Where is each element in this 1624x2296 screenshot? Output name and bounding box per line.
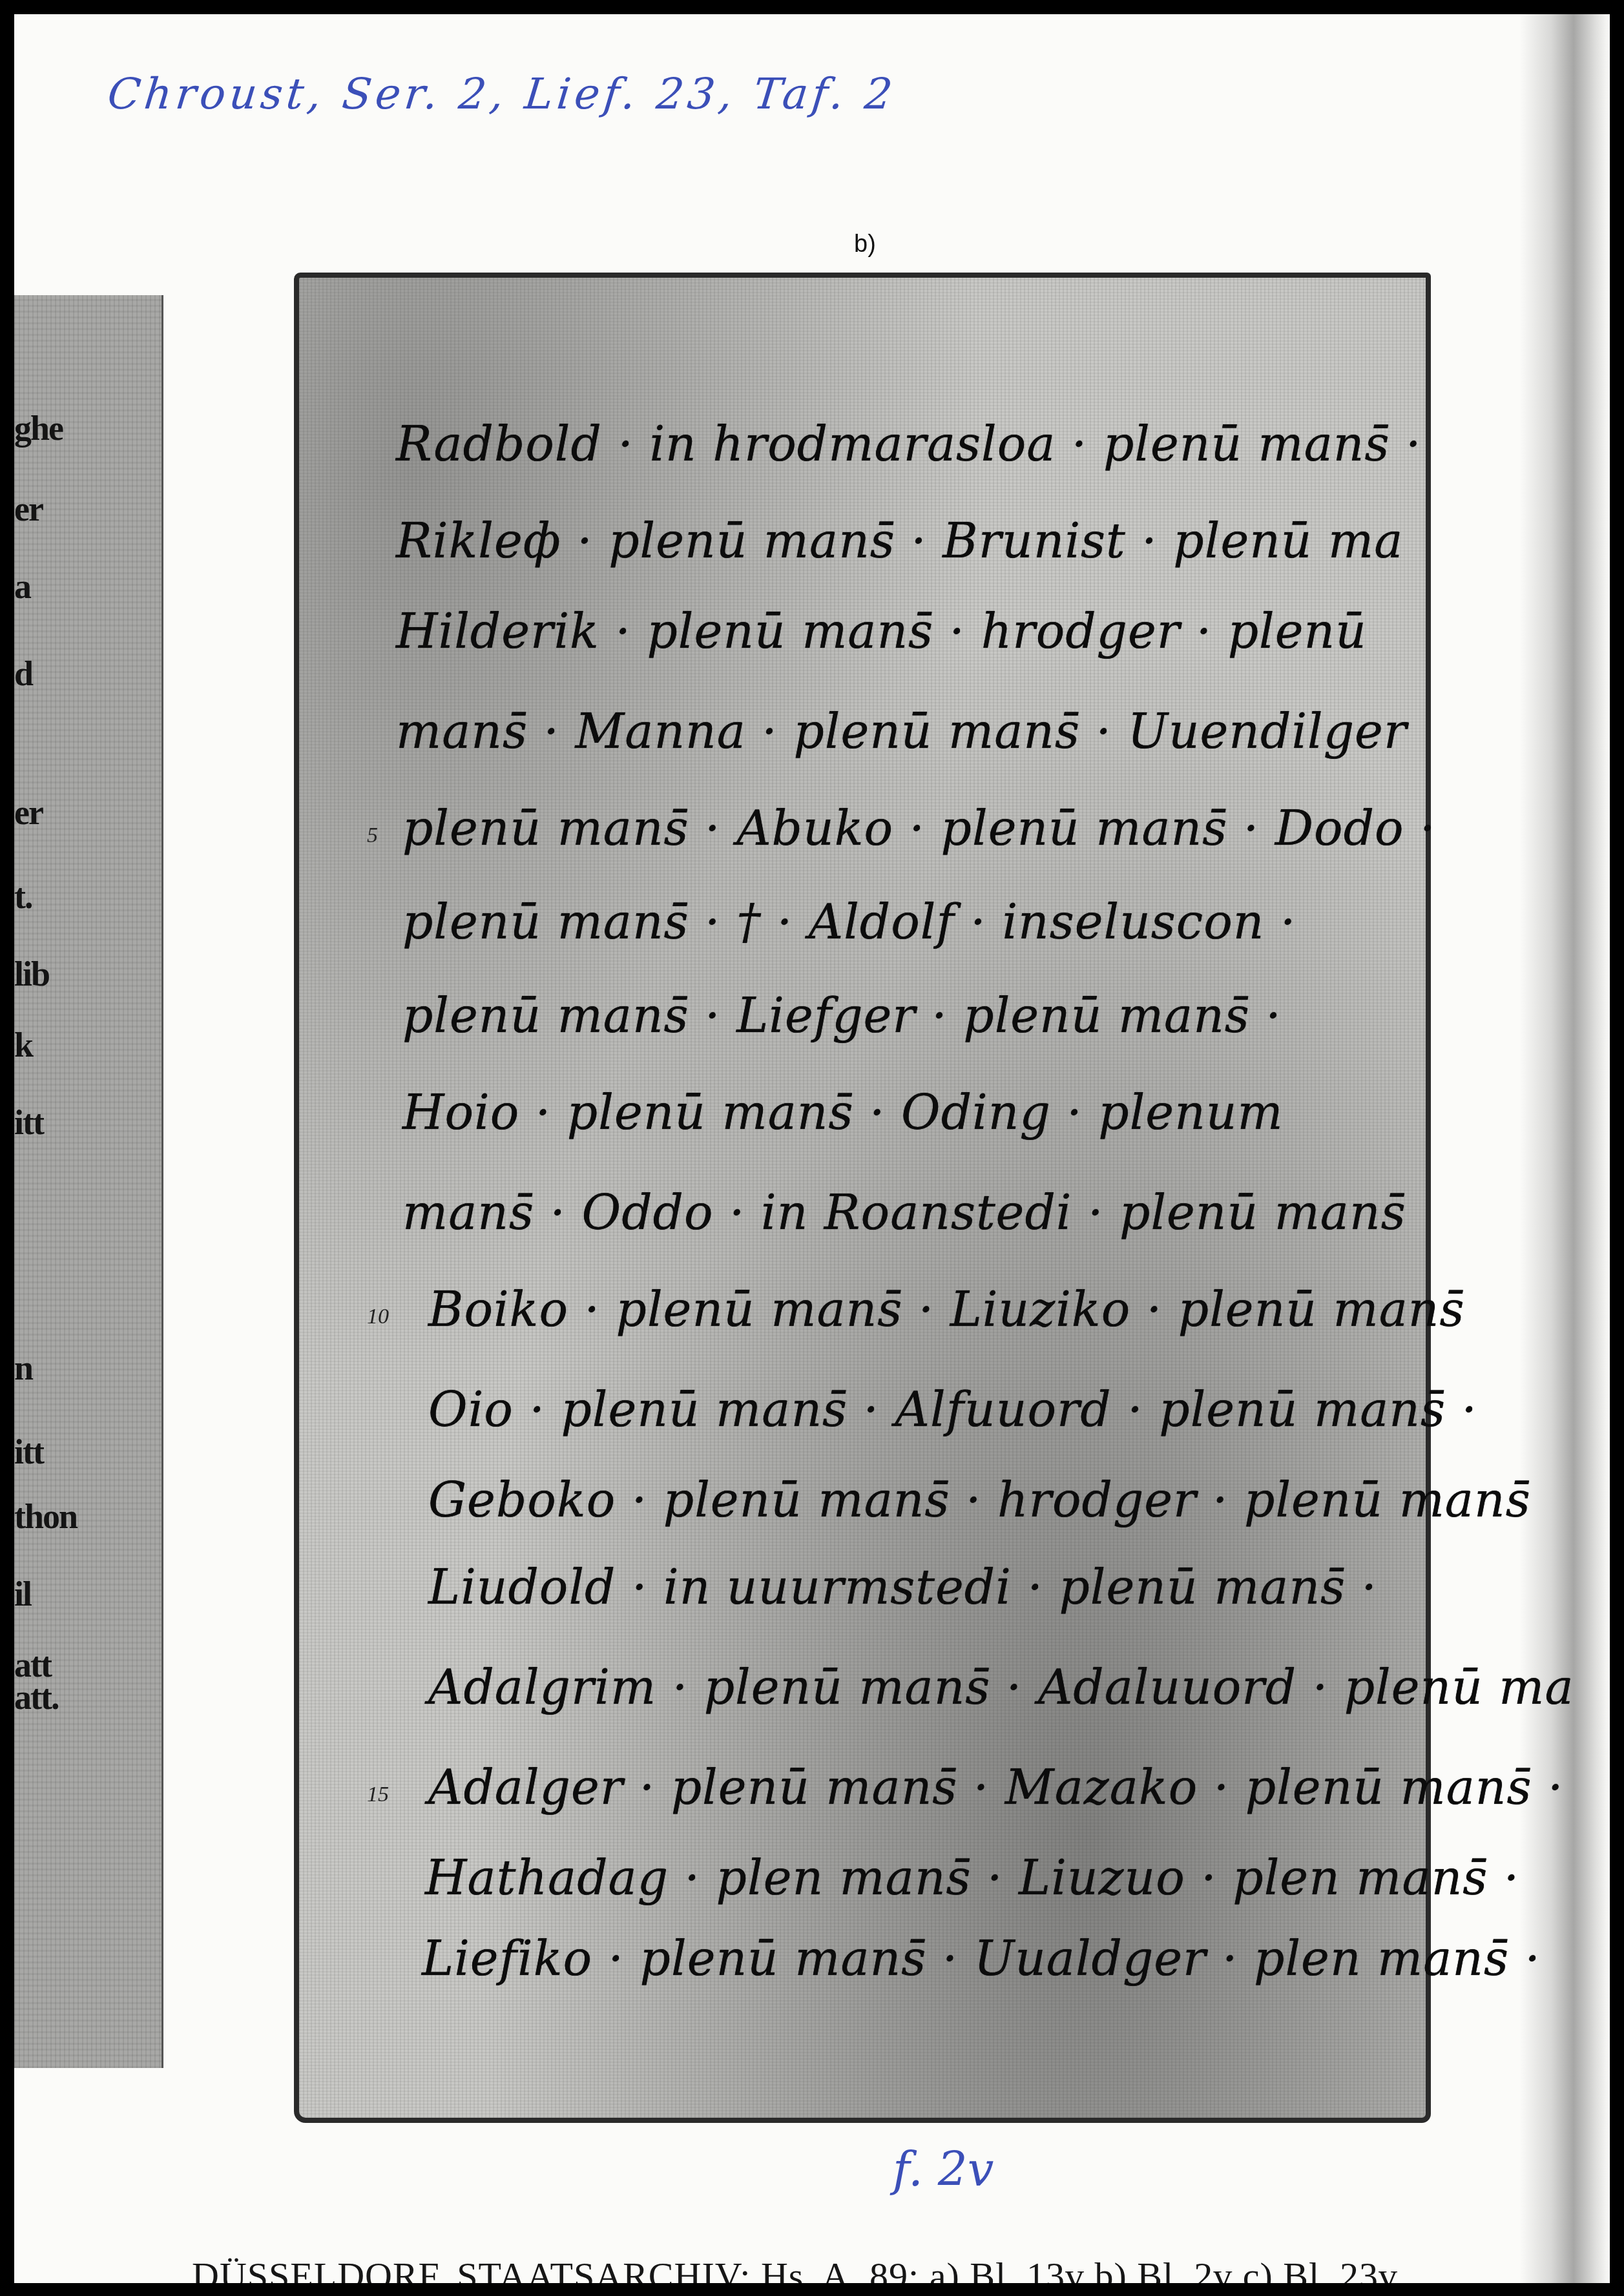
manuscript-line: mans̄ · Oddo · in Roanstedi · plenū mans… [402, 1185, 1406, 1241]
line-number: 10 [367, 1305, 389, 1329]
fragment-line: il [14, 1574, 31, 1614]
manuscript-line: Hoio · plenū mans̄ · Oding · plenum [402, 1085, 1284, 1141]
manuscript-line: Boiko · plenū mans̄ · Liuziko · plenū ma… [428, 1282, 1464, 1338]
fragment-line: er [14, 489, 43, 529]
handwritten-folio-number: f. 2v [893, 2142, 994, 2197]
manuscript-line: Rikleф · plenū mans̄ · Brunist · plenū m… [396, 513, 1403, 569]
fragment-line: n [14, 1348, 32, 1388]
left-manuscript-fragment: ghe er a d er t. lib k itt n itt thon il… [14, 295, 163, 2068]
fragment-line: itt [14, 1102, 43, 1143]
fragment-line: a [14, 566, 30, 606]
manuscript-line: Adalgrim · plenū mans̄ · Adaluuord · ple… [428, 1660, 1574, 1715]
handwritten-reference-note: Chroust, Ser. 2, Lief. 23, Taf. 2 [105, 69, 899, 119]
fragment-line: lib [14, 954, 49, 994]
fragment-line: att. [14, 1677, 58, 1717]
panel-label: b) [854, 231, 876, 258]
fragment-line: ghe [14, 408, 63, 448]
line-number: 15 [367, 1783, 389, 1807]
manuscript-line: plenū mans̄ · Abuko · plenū mans̄ · Dodo… [402, 801, 1436, 856]
fragment-line: d [14, 654, 32, 694]
manuscript-line: Liefiko · plenū mans̄ · Uualdger · plen … [422, 1931, 1541, 1987]
manuscript-line: plenū mans̄ · † · Aldolf · inseluscon · [402, 895, 1296, 950]
fragment-line: er [14, 792, 43, 833]
manuscript-line: Oio · plenū mans̄ · Alfuuord · plenū man… [428, 1382, 1477, 1438]
manuscript-line: mans̄ · Manna · plenū mans̄ · Uuendilger [396, 704, 1407, 760]
fragment-line: itt [14, 1432, 43, 1472]
fragment-line: thon [14, 1496, 77, 1536]
manuscript-line: Liudold · in uuurmstedi · plenū mans̄ · [428, 1560, 1377, 1615]
plate-caption: DÜSSELDORF, STAATSARCHIV: Hs. A. 89; a) … [192, 2254, 1398, 2283]
fragment-line: k [14, 1025, 32, 1065]
fragment-line: t. [14, 876, 32, 916]
manuscript-line: Hathadag · plen mans̄ · Liuzuo · plen ma… [425, 1850, 1519, 1906]
manuscript-line: Radbold · in hrodmarasloa · plenū mans̄ … [396, 417, 1422, 472]
manuscript-leaf: Radbold · in hrodmarasloa · plenū mans̄ … [294, 273, 1431, 2123]
manuscript-line: Adalger · plenū mans̄ · Mazako · plenū m… [428, 1760, 1563, 1815]
scanned-page: Chroust, Ser. 2, Lief. 23, Taf. 2 b) ghe… [14, 14, 1610, 2283]
manuscript-line: plenū mans̄ · Liefger · plenū mans̄ · [402, 988, 1282, 1044]
manuscript-line: Geboko · plenū mans̄ · hrodger · plenū m… [428, 1473, 1531, 1528]
manuscript-line: Hilderik · plenū mans̄ · hrodger · plenū [396, 604, 1367, 659]
line-number: 5 [367, 823, 378, 848]
